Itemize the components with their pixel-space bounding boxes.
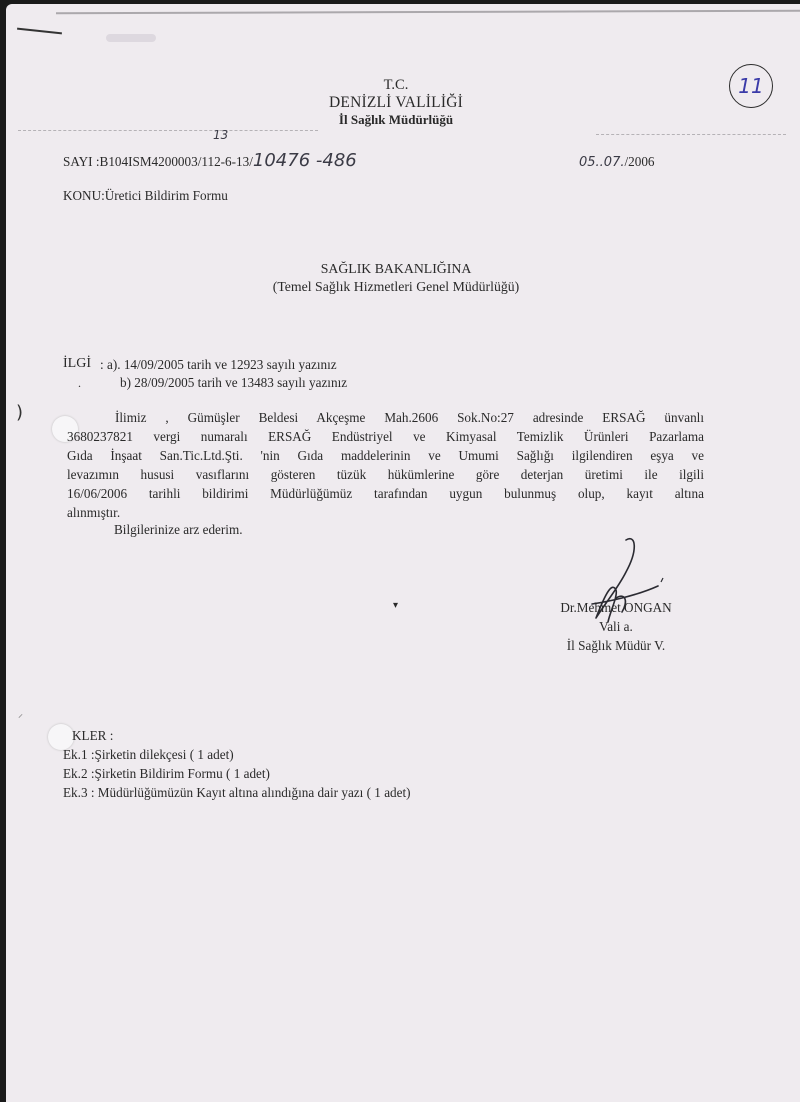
- stray-mark: ▾: [393, 600, 398, 611]
- related-item-b: b) 28/09/2005 tarih ve 13483 sayılı yazı…: [120, 375, 347, 391]
- reference-printed: :B104ISM4200003/112-6-13/: [96, 154, 253, 169]
- date-year: /2006: [624, 154, 654, 169]
- body-line: Gıda İnşaat San.Tic.Ltd.Şti. 'nin Gıda m…: [67, 446, 704, 465]
- scan-smudge: [106, 34, 156, 42]
- reference-label: SAYI: [63, 154, 93, 169]
- addressee-line-1: SAĞLIK BAKANLIĞINA: [186, 260, 606, 278]
- reference-handwritten: 10476 -486: [253, 150, 357, 171]
- signature-block: Dr.Mehmet ONGAN Vali a. İl Sağlık Müdür …: [526, 598, 706, 655]
- attachments-list: KLER :: [72, 726, 113, 745]
- addressee-line-2: (Temel Sağlık Hizmetleri Genel Müdürlüğü…: [186, 278, 606, 296]
- document-date: 05..07./2006: [579, 154, 655, 170]
- reference-number: SAYI :B104ISM4200003/112-6-13/10476 -486: [63, 150, 357, 171]
- stray-dot: .: [78, 376, 81, 391]
- letterhead-line-3: İl Sağlık Müdürlüğü: [256, 111, 536, 128]
- reference-superscript: 13: [213, 128, 228, 143]
- letterhead-line-2: DENİZLİ VALİLİĞİ: [256, 94, 536, 111]
- page-number: 11: [738, 74, 763, 98]
- pen-mark: [17, 28, 62, 35]
- body-line: 16/06/2006 tarihli bildirimi Müdürlüğümü…: [67, 484, 704, 503]
- body-line: levazımın hususi vasıflarını gösteren tü…: [67, 465, 704, 484]
- attachment-item: Ek.3 : Müdürlüğümüzün Kayıt altına alınd…: [63, 783, 411, 802]
- addressee: SAĞLIK BAKANLIĞINA (Temel Sağlık Hizmetl…: [186, 260, 606, 296]
- subject-label: KONU:: [63, 188, 105, 203]
- body-line: alınmıştır.: [67, 503, 704, 522]
- scan-edge-line: [56, 10, 800, 15]
- signatory-name: Dr.Mehmet ONGAN: [526, 598, 706, 617]
- closing-line: Bilgilerinize arz ederim.: [114, 522, 243, 538]
- signatory-role-1: Vali a.: [526, 617, 706, 636]
- subject-text: Üretici Bildirim Formu: [105, 188, 228, 203]
- page-number-stamp: 11: [729, 64, 773, 108]
- fold-line: [18, 130, 318, 131]
- related-item-a: : a). 14/09/2005 tarih ve 12923 sayılı y…: [100, 357, 337, 373]
- date-handwritten: 05..07.: [579, 155, 624, 170]
- attachment-item: Ek.1 :Şirketin dilekçesi ( 1 adet): [63, 745, 411, 764]
- margin-mark: ): [16, 402, 23, 423]
- signatory-role-2: İl Sağlık Müdür V.: [526, 636, 706, 655]
- body-line: İlimiz , Gümüşler Beldesi Akçeşme Mah.26…: [67, 408, 704, 427]
- attachments-items: Ek.1 :Şirketin dilekçesi ( 1 adet) Ek.2 …: [63, 745, 411, 802]
- related-label: İLGİ: [63, 356, 91, 372]
- body-paragraph: İlimiz , Gümüşler Beldesi Akçeşme Mah.26…: [67, 408, 704, 522]
- subject-line: KONU:Üretici Bildirim Formu: [63, 188, 228, 204]
- scanned-document-page: T.C. DENİZLİ VALİLİĞİ İl Sağlık Müdürlüğ…: [6, 4, 800, 1102]
- letterhead-line-1: T.C.: [256, 77, 536, 94]
- attachment-item: Ek.2 :Şirketin Bildirim Formu ( 1 adet): [63, 764, 411, 783]
- margin-tick: ⸝: [18, 706, 23, 720]
- fold-line: [596, 134, 786, 135]
- letterhead: T.C. DENİZLİ VALİLİĞİ İl Sağlık Müdürlüğ…: [256, 77, 536, 128]
- body-line: 3680237821 vergi numaralı ERSAĞ Endüstri…: [67, 427, 704, 446]
- attachments-title: KLER :: [72, 726, 113, 745]
